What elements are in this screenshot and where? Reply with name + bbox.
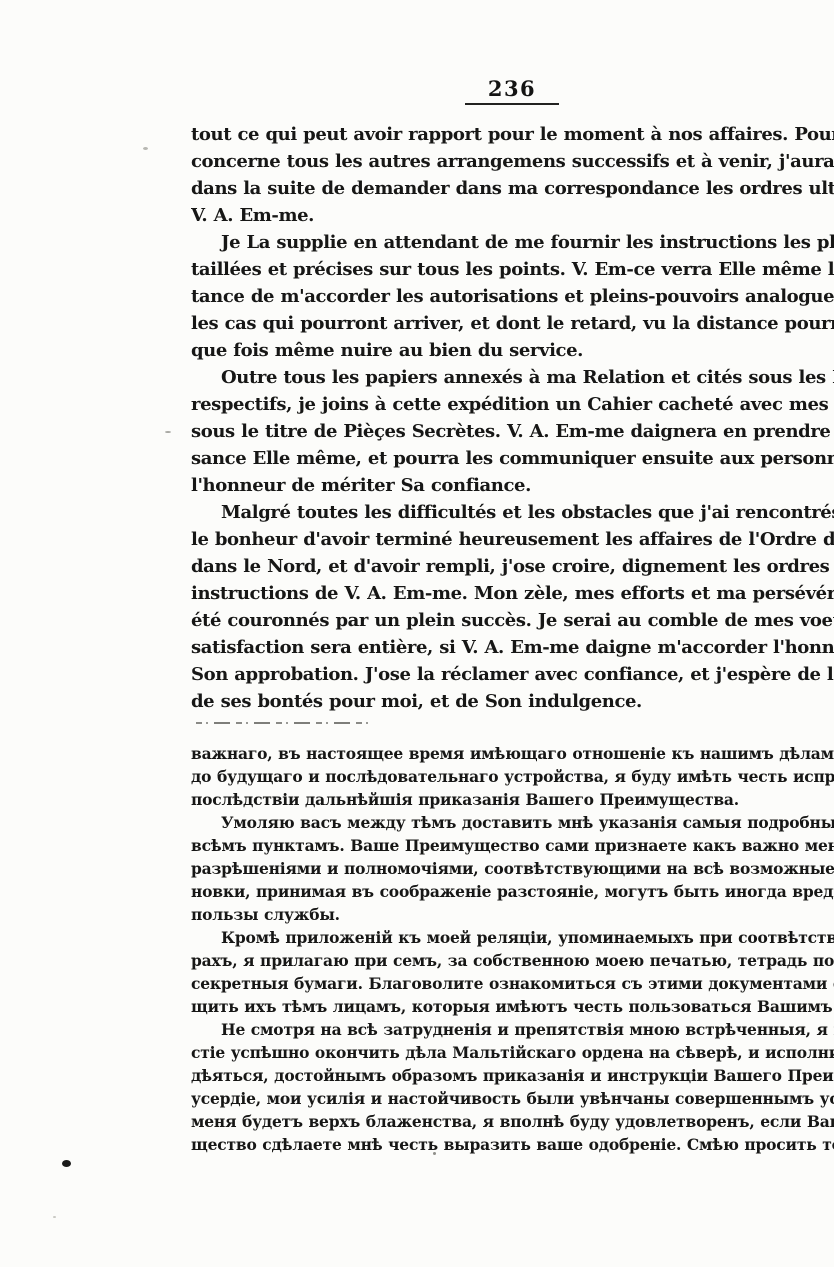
paragraph: Кромѣ приложеній къ моей реляціи, упомин… xyxy=(191,926,834,1018)
paragraph: важнаго, въ настоящее время имѣющаго отн… xyxy=(191,742,834,811)
text-line: satisfaction sera entière, si V. A. Em-m… xyxy=(191,634,834,661)
text-line: щить ихъ тѣмъ лицамъ, которыя имѣютъ чес… xyxy=(191,995,834,1018)
text-line: рахъ, я прилагаю при семъ, за собственно… xyxy=(191,949,834,972)
text-line: de ses bontés pour moi, et de Son indulg… xyxy=(191,688,834,715)
scanned-book-page: 236 tout ce qui peut avoir rapport pour … xyxy=(0,0,834,1267)
text-line: respectifs, je joins à cette expédition … xyxy=(191,391,834,418)
text-line: до будущаго и послѣдовательнаго устройст… xyxy=(191,765,834,788)
paragraph: Outre tous les papiers annexés à ma Rela… xyxy=(191,364,834,499)
text-line: Malgré toutes les difficultés et les obs… xyxy=(191,499,834,526)
text-line: щество сдѣлаете мнѣ честь выразить ваше … xyxy=(191,1133,834,1156)
text-line: tout ce qui peut avoir rapport pour le m… xyxy=(191,121,834,148)
scan-speck xyxy=(433,1152,436,1155)
text-line: Outre tous les papiers annexés à ma Rela… xyxy=(191,364,834,391)
scan-speck xyxy=(165,431,171,433)
page-header: 236 xyxy=(190,76,834,105)
text-line: Son approbation. J'ose la réclamer avec … xyxy=(191,661,834,688)
text-line: Кромѣ приложеній къ моей реляціи, упомин… xyxy=(191,926,834,949)
paragraph: Je La supplie en attendant de me fournir… xyxy=(191,229,834,364)
text-line: разрѣшеніями и полномочіями, соотвѣтству… xyxy=(191,857,834,880)
french-text-block: tout ce qui peut avoir rapport pour le m… xyxy=(191,121,834,715)
text-line: секретныя бумаги. Благоволите ознакомить… xyxy=(191,972,834,995)
text-line: V. A. Em-me. xyxy=(191,202,834,229)
russian-text-block: важнаго, въ настоящее время имѣющаго отн… xyxy=(191,742,834,1156)
paragraph: Malgré toutes les difficultés et les obs… xyxy=(191,499,834,715)
text-line: Не смотря на всѣ затрудненія и препятств… xyxy=(191,1018,834,1041)
page-number-rule xyxy=(465,103,559,105)
text-line: Je La supplie en attendant de me fournir… xyxy=(191,229,834,256)
text-line: concerne tous les autres arrangemens suc… xyxy=(191,148,834,175)
text-line: sance Elle même, et pourra les communiqu… xyxy=(191,445,834,472)
text-line: новки, принимая въ соображеніе разстояні… xyxy=(191,880,834,903)
text-line: l'honneur de mériter Sa confiance. xyxy=(191,472,834,499)
text-line: taillées et précises sur tous les points… xyxy=(191,256,834,283)
text-line: усердіе, мои усилія и настойчивость были… xyxy=(191,1087,834,1110)
text-line: важнаго, въ настоящее время имѣющаго отн… xyxy=(191,742,834,765)
text-line: всѣмъ пунктамъ. Ваше Преимущество сами п… xyxy=(191,834,834,857)
paragraph: tout ce qui peut avoir rapport pour le m… xyxy=(191,121,834,229)
section-divider-dashes xyxy=(196,722,372,724)
scan-speck xyxy=(143,147,148,150)
text-line: dans la suite de demander dans ma corres… xyxy=(191,175,834,202)
paragraph: Умоляю васъ между тѣмъ доставить мнѣ ука… xyxy=(191,811,834,926)
text-line: les cas qui pourront arriver, et dont le… xyxy=(191,310,834,337)
page-number: 236 xyxy=(488,76,536,101)
scan-speck xyxy=(53,1216,56,1218)
text-line: Умоляю васъ между тѣмъ доставить мнѣ ука… xyxy=(191,811,834,834)
text-line: tance de m'accorder les autorisations et… xyxy=(191,283,834,310)
text-line: instructions de V. A. Em-me. Mon zèle, m… xyxy=(191,580,834,607)
text-line: меня будетъ верхъ блаженства, я вполнѣ б… xyxy=(191,1110,834,1133)
text-line: пользы службы. xyxy=(191,903,834,926)
text-line: été couronnés par un plein succès. Je se… xyxy=(191,607,834,634)
text-line: dans le Nord, et d'avoir rempli, j'ose c… xyxy=(191,553,834,580)
text-line: дѣяться, достойнымъ образомъ приказанія … xyxy=(191,1064,834,1087)
text-line: que fois même nuire au bien du service. xyxy=(191,337,834,364)
text-line: послѣдствіи дальнѣйшія приказанія Вашего… xyxy=(191,788,834,811)
ink-speck xyxy=(62,1160,71,1167)
paragraph: Не смотря на всѣ затрудненія и препятств… xyxy=(191,1018,834,1156)
text-line: le bonheur d'avoir terminé heureusement … xyxy=(191,526,834,553)
text-line: sous le titre de Pièçes Secrètes. V. A. … xyxy=(191,418,834,445)
text-line: стіе успѣшно окончить дѣла Мальтійскаго … xyxy=(191,1041,834,1064)
